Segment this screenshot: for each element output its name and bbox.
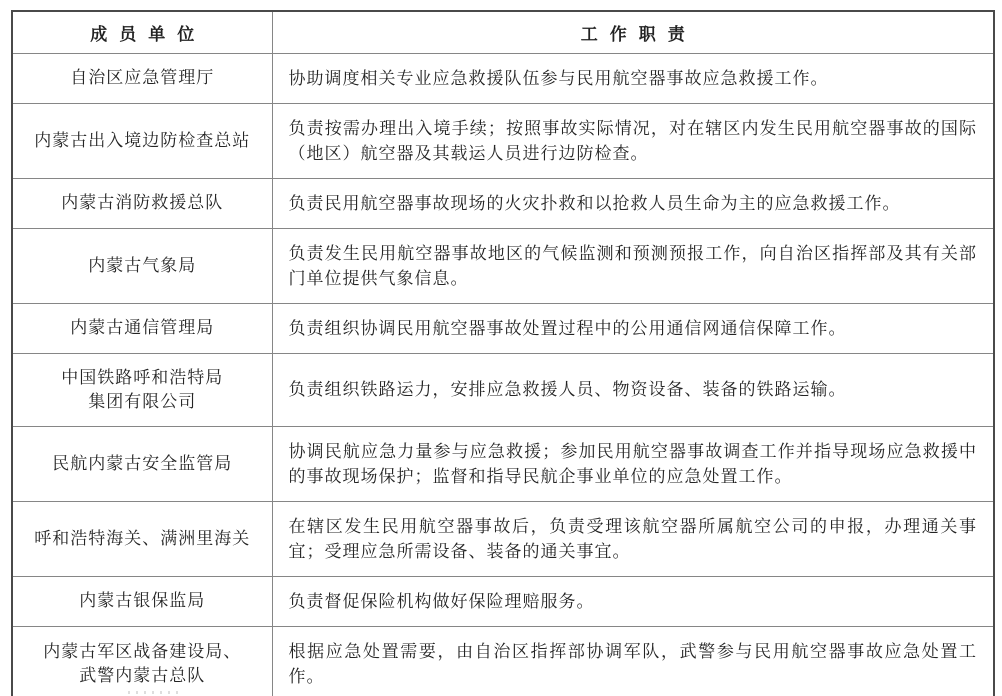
table-row: 呼和浩特海关、满洲里海关 在辖区发生民用航空器事故后，负责受理该航空器所属航空公…: [12, 501, 994, 576]
scan-artifact: [128, 691, 178, 694]
duty-cell: 在辖区发生民用航空器事故后，负责受理该航空器所属航空公司的申报，办理通关事宜；受…: [272, 501, 994, 576]
table-row: 自治区应急管理厅 协助调度相关专业应急救援队伍参与民用航空器事故应急救援工作。: [12, 53, 994, 103]
table-row: 内蒙古消防救援总队 负责民用航空器事故现场的火灾扑救和以抢救人员生命为主的应急救…: [12, 178, 994, 228]
table-row: 内蒙古军区战备建设局、 武警内蒙古总队 根据应急处置需要，由自治区指挥部协调军队…: [12, 626, 994, 696]
unit-cell: 内蒙古通信管理局: [12, 303, 272, 353]
duty-cell: 负责组织协调民用航空器事故处置过程中的公用通信网通信保障工作。: [272, 303, 994, 353]
unit-cell: 内蒙古出入境边防检查总站: [12, 103, 272, 178]
duty-column-header: 工作职责: [272, 11, 994, 53]
duty-cell: 根据应急处置需要，由自治区指挥部协调军队，武警参与民用航空器事故应急处置工作。: [272, 626, 994, 696]
unit-cell: 内蒙古军区战备建设局、 武警内蒙古总队: [12, 626, 272, 696]
unit-column-header: 成员单位: [12, 11, 272, 53]
duty-cell: 协助调度相关专业应急救援队伍参与民用航空器事故应急救援工作。: [272, 53, 994, 103]
responsibilities-table: 成员单位 工作职责 自治区应急管理厅 协助调度相关专业应急救援队伍参与民用航空器…: [11, 10, 995, 696]
unit-cell: 中国铁路呼和浩特局 集团有限公司: [12, 353, 272, 426]
table-body: 自治区应急管理厅 协助调度相关专业应急救援队伍参与民用航空器事故应急救援工作。 …: [12, 53, 994, 696]
unit-cell: 自治区应急管理厅: [12, 53, 272, 103]
document-page: 成员单位 工作职责 自治区应急管理厅 协助调度相关专业应急救援队伍参与民用航空器…: [0, 0, 1002, 696]
duty-cell: 协调民航应急力量参与应急救援；参加民用航空器事故调查工作并指导现场应急救援中的事…: [272, 426, 994, 501]
table-row: 内蒙古银保监局 负责督促保险机构做好保险理赔服务。: [12, 576, 994, 626]
table-row: 内蒙古气象局 负责发生民用航空器事故地区的气候监测和预测预报工作，向自治区指挥部…: [12, 228, 994, 303]
unit-cell: 呼和浩特海关、满洲里海关: [12, 501, 272, 576]
duty-cell: 负责组织铁路运力，安排应急救援人员、物资设备、装备的铁路运输。: [272, 353, 994, 426]
duty-cell: 负责民用航空器事故现场的火灾扑救和以抢救人员生命为主的应急救援工作。: [272, 178, 994, 228]
table-row: 中国铁路呼和浩特局 集团有限公司 负责组织铁路运力，安排应急救援人员、物资设备、…: [12, 353, 994, 426]
table-row: 民航内蒙古安全监管局 协调民航应急力量参与应急救援；参加民用航空器事故调查工作并…: [12, 426, 994, 501]
unit-cell: 内蒙古银保监局: [12, 576, 272, 626]
table-row: 内蒙古通信管理局 负责组织协调民用航空器事故处置过程中的公用通信网通信保障工作。: [12, 303, 994, 353]
table-row: 内蒙古出入境边防检查总站 负责按需办理出入境手续；按照事故实际情况，对在辖区内发…: [12, 103, 994, 178]
duty-cell: 负责督促保险机构做好保险理赔服务。: [272, 576, 994, 626]
unit-cell: 内蒙古消防救援总队: [12, 178, 272, 228]
header-row: 成员单位 工作职责: [12, 11, 994, 53]
unit-cell: 内蒙古气象局: [12, 228, 272, 303]
duty-cell: 负责发生民用航空器事故地区的气候监测和预测预报工作，向自治区指挥部及其有关部门单…: [272, 228, 994, 303]
unit-cell: 民航内蒙古安全监管局: [12, 426, 272, 501]
duty-cell: 负责按需办理出入境手续；按照事故实际情况，对在辖区内发生民用航空器事故的国际（地…: [272, 103, 994, 178]
